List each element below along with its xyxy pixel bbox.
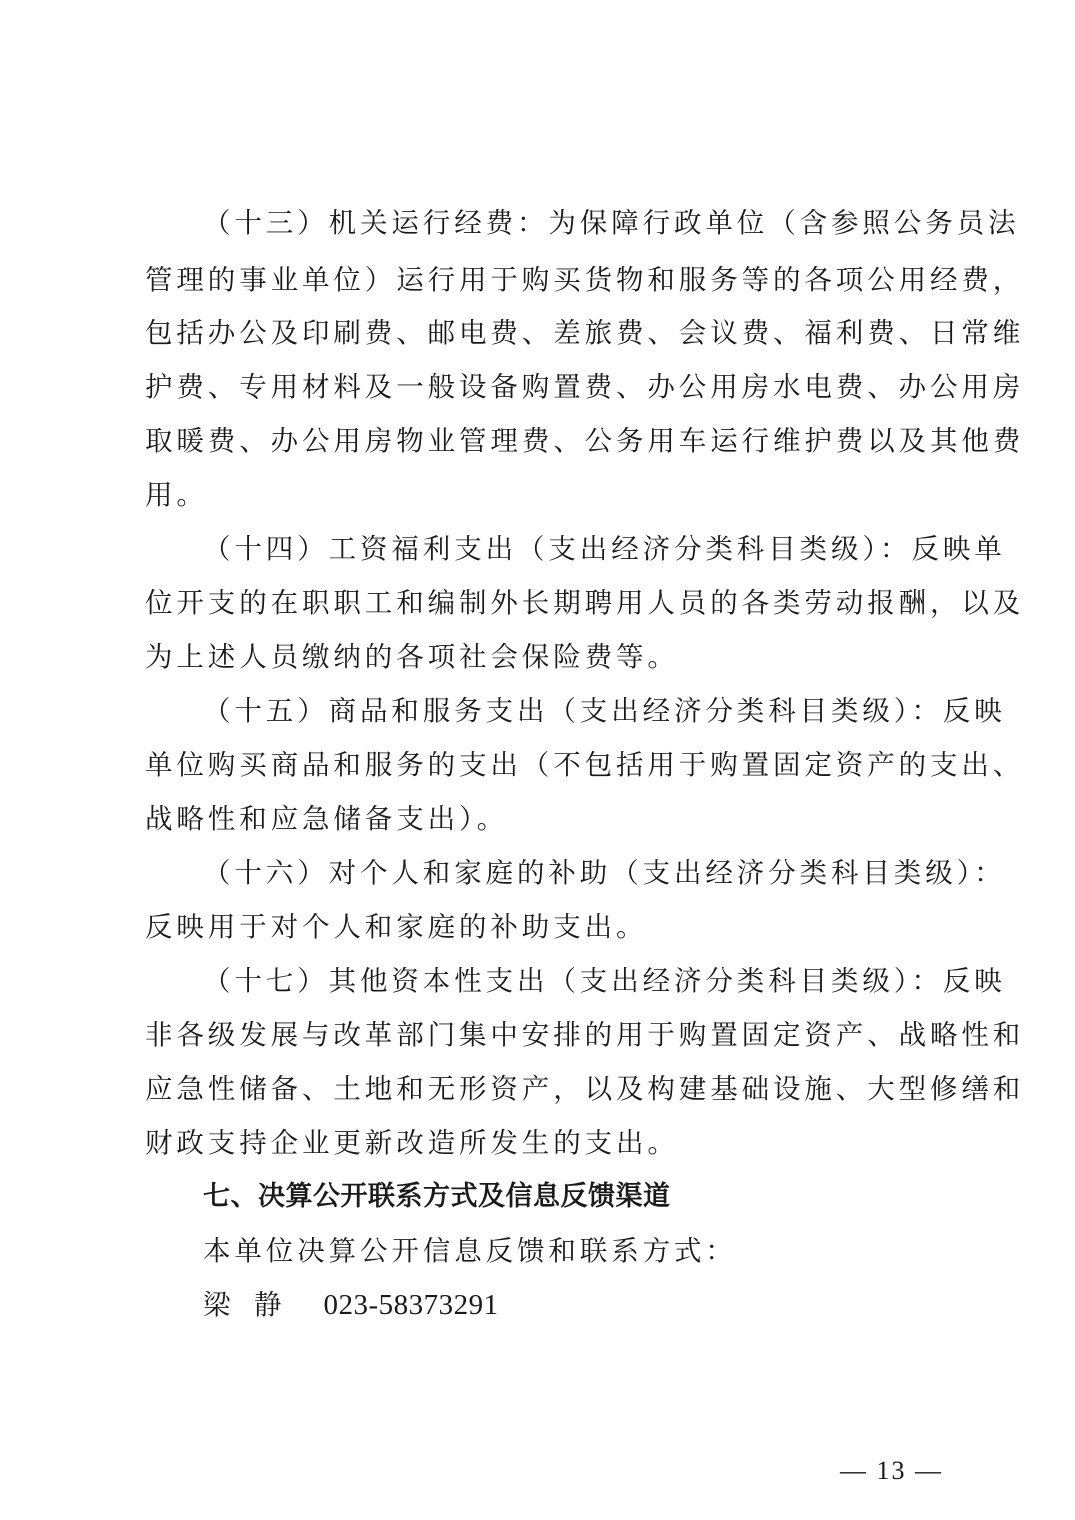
paragraph-13-line-1: （十三）机关运行经费：为保障行政单位（含参照公务员法	[203, 205, 1003, 241]
paragraph-15-line-1: （十五）商品和服务支出（支出经济分类科目类级）：反映	[203, 693, 1003, 729]
contact-name: 梁 静	[203, 1289, 283, 1321]
contact-phone: 023-58373291	[323, 1289, 498, 1321]
paragraph-14-line-1: （十四）工资福利支出（支出经济分类科目类级）：反映单	[203, 531, 1003, 567]
paragraph-13-line-3: 包括办公及印刷费、邮电费、差旅费、会议费、福利费、日常维	[145, 315, 945, 351]
paragraph-16-line-1: （十六）对个人和家庭的补助（支出经济分类科目类级）：	[203, 855, 1003, 891]
paragraph-14-line-3: 为上述人员缴纳的各项社会保险费等。	[145, 639, 945, 675]
paragraph-13-line-6: 用。	[145, 477, 945, 513]
paragraph-17-line-3: 应急性储备、土地和无形资产，以及构建基础设施、大型修缮和	[145, 1071, 945, 1107]
paragraph-17-line-1: （十七）其他资本性支出（支出经济分类科目类级）：反映	[203, 963, 1003, 999]
paragraph-13-line-2: 管理的事业单位）运行用于购买货物和服务等的各项公用经费，	[145, 262, 945, 298]
paragraph-16-line-2: 反映用于对个人和家庭的补助支出。	[145, 909, 945, 945]
document-page: （十三）机关运行经费：为保障行政单位（含参照公务员法 管理的事业单位）运行用于购…	[0, 0, 1075, 1520]
section-heading: 七、决算公开联系方式及信息反馈渠道	[203, 1179, 1003, 1215]
page-number: — 13 —	[840, 1456, 943, 1486]
paragraph-17-line-4: 财政支持企业更新改造所发生的支出。	[145, 1125, 945, 1161]
paragraph-17-line-2: 非各级发展与改革部门集中安排的用于购置固定资产、战略性和	[145, 1017, 945, 1053]
contact-line: 梁 静023-58373291	[203, 1287, 1003, 1323]
paragraph-13-line-5: 取暖费、办公用房物业管理费、公务用车运行维护费以及其他费	[145, 423, 945, 459]
contact-intro: 本单位决算公开信息反馈和联系方式：	[203, 1233, 1003, 1269]
paragraph-13-line-4: 护费、专用材料及一般设备购置费、办公用房水电费、办公用房	[145, 369, 945, 405]
paragraph-15-line-3: 战略性和应急储备支出）。	[145, 801, 945, 837]
paragraph-15-line-2: 单位购买商品和服务的支出（不包括用于购置固定资产的支出、	[145, 747, 945, 783]
paragraph-14-line-2: 位开支的在职职工和编制外长期聘用人员的各类劳动报酬，以及	[145, 585, 945, 621]
